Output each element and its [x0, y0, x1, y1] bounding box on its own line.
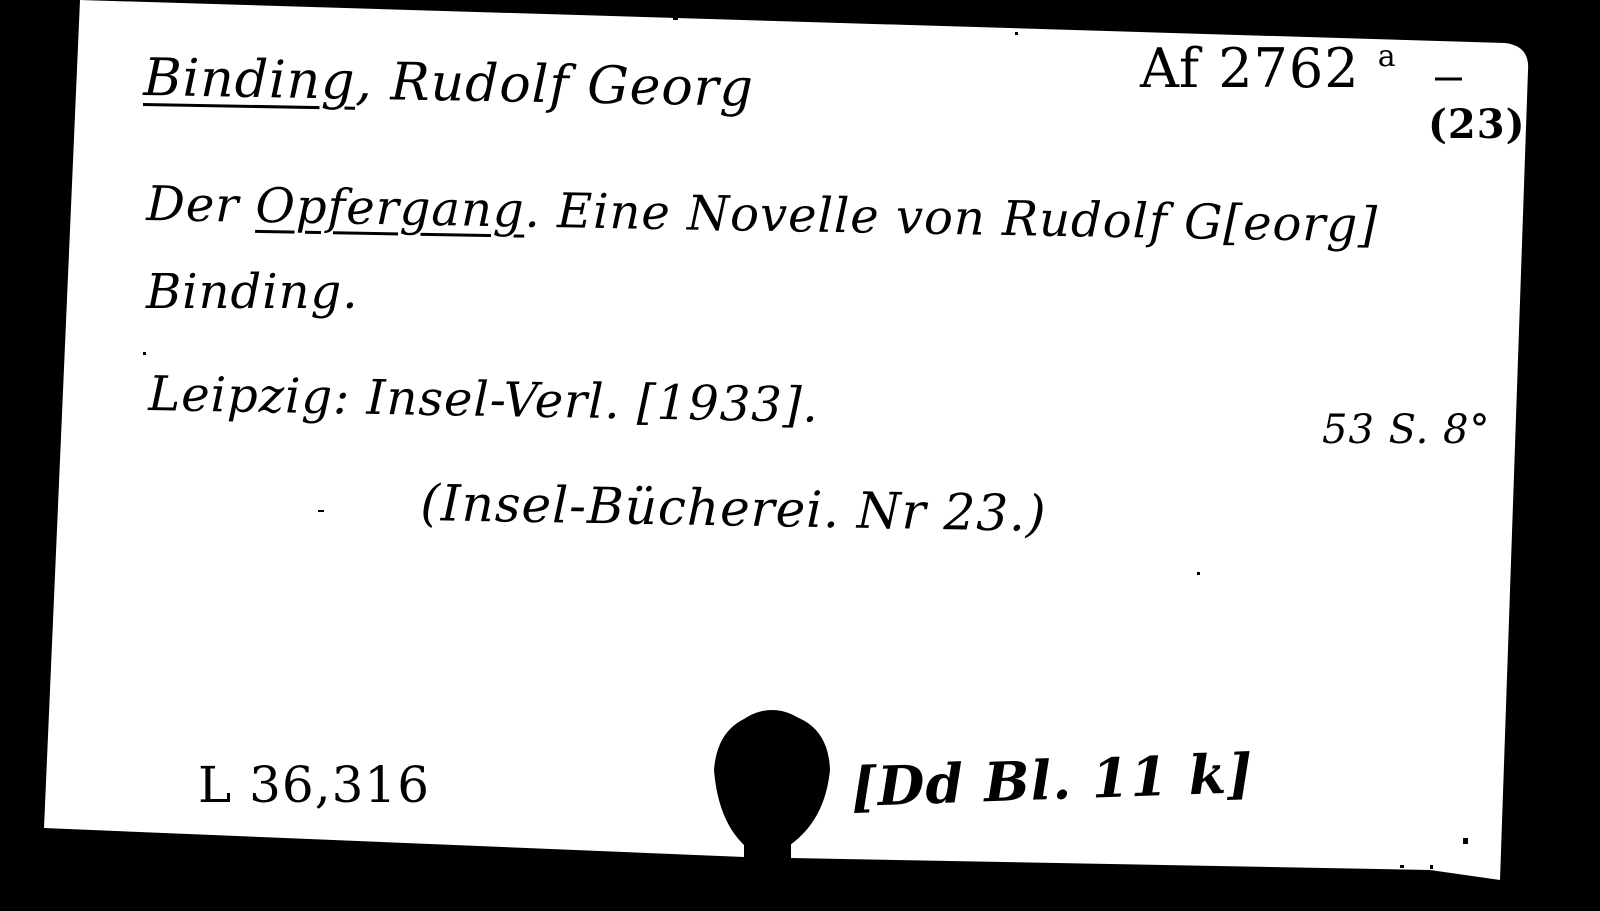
punch-hole-slot	[746, 800, 791, 870]
author-heading: Binding, Rudolf Georg	[143, 52, 754, 115]
title-statement-line2: Binding.	[146, 268, 359, 316]
author-separator: ,	[355, 52, 374, 112]
call-number: Af 2762 a	[1140, 42, 1397, 96]
author-given-names: Rudolf Georg	[390, 52, 754, 118]
call-number-series: (23)	[1428, 105, 1526, 145]
collation: 53 S. 8°	[1322, 410, 1490, 450]
series-statement: (Insel-Bücherei. Nr 23.)	[420, 478, 1047, 539]
author-surname: Binding	[143, 48, 356, 112]
shelf-note: [Dd Bl. 11 k]	[850, 746, 1254, 814]
imprint: Leipzig: Insel-Verl. [1933].	[148, 370, 819, 430]
call-number-mark: a	[1378, 39, 1397, 74]
title-main: Opfergang	[255, 178, 525, 239]
call-number-signature: Af 2762	[1140, 37, 1360, 100]
accession-number: L 36,316	[198, 760, 430, 810]
title-article: Der	[146, 176, 240, 234]
